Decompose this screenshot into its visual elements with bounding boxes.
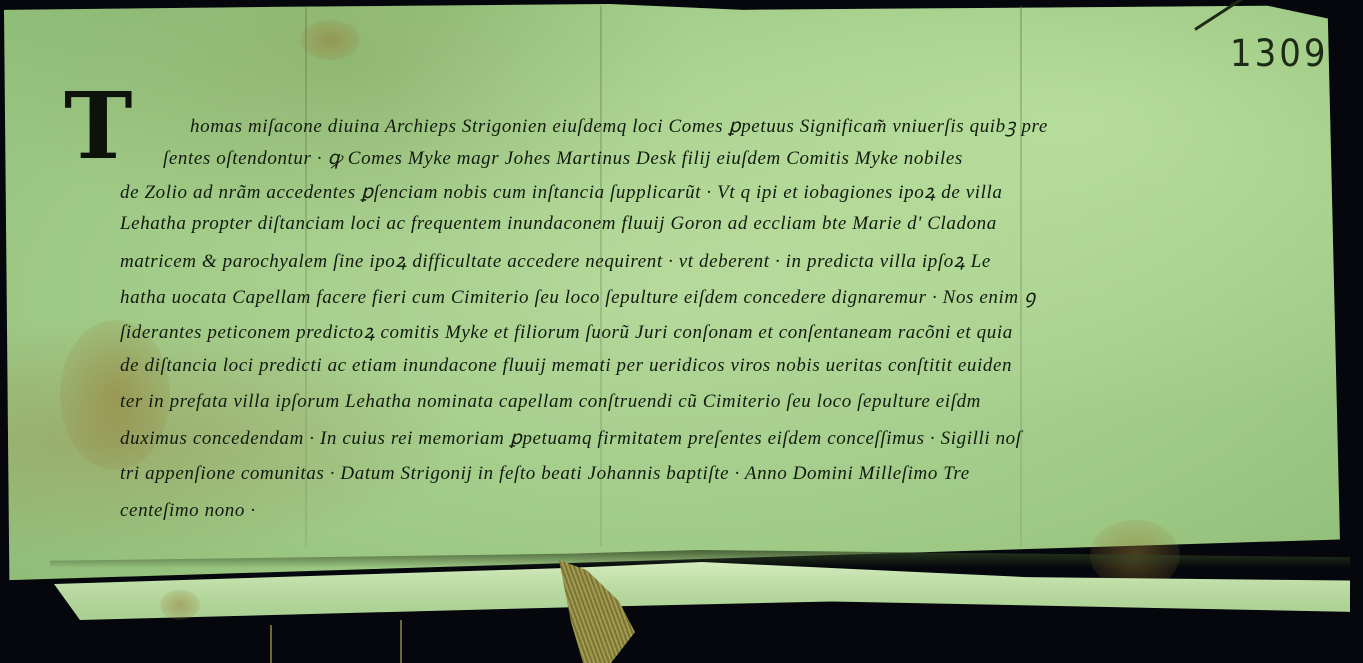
text-line-2: ſentes oſtendontur · ꝙ Comes Myke magr J…	[163, 144, 963, 170]
text-line-1: homas miſacone diuina Archieps Strigonie…	[190, 112, 1048, 138]
text-line-10: duximus concedendam · In cuius rei memor…	[120, 427, 1022, 450]
text-line-8: de diſtancia loci predicti ac etiam inun…	[120, 355, 1012, 377]
plica-stain	[160, 590, 200, 620]
text-line-11: tri appenſione comunitas · Datum Strigon…	[120, 463, 970, 485]
seal-cord	[270, 625, 272, 663]
text-line-9: ter in prefata villa ipſorum Lehatha nom…	[120, 391, 981, 413]
parchment-stain	[300, 20, 360, 60]
archive-number: 1309	[1230, 32, 1329, 76]
text-line-3: de Zolio ad nrãm accedentes ꝑſenciam nob…	[120, 178, 1003, 204]
text-line-6: hatha uocata Capellam facere fieri cum C…	[120, 283, 1036, 309]
text-line-5: matricem & parochyalem ſine ipoꝝ difficu…	[120, 247, 991, 273]
decorated-initial: T	[64, 80, 132, 172]
text-line-7: ſiderantes peticonem predictoꝝ comitis M…	[120, 318, 1013, 344]
text-line-12: centeſimo nono ·	[120, 500, 256, 522]
fold-crease	[1020, 6, 1022, 546]
seal-cord	[400, 620, 402, 663]
text-line-4: Lehatha propter diſtanciam loci ac frequ…	[120, 213, 997, 235]
